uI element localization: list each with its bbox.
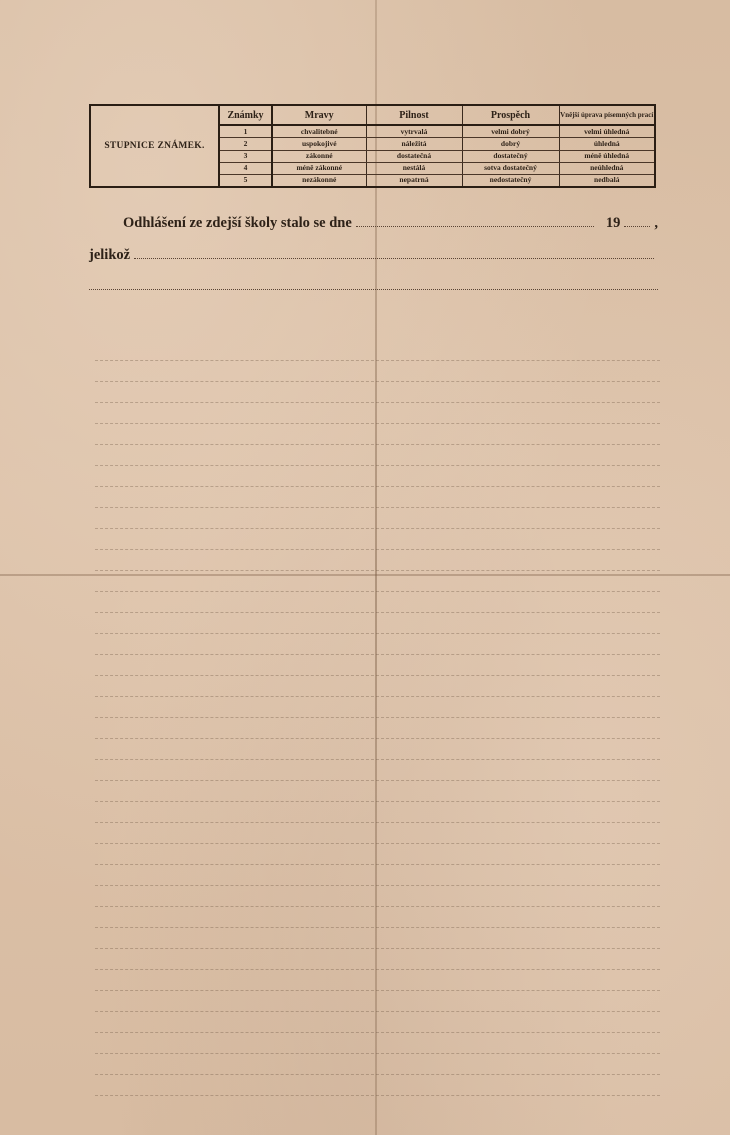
ruled-line: [95, 654, 660, 655]
grading-scale-table: STUPNICE ZNÁMEK. Známky Mravy Pilnost Pr…: [89, 104, 656, 188]
ruled-line: [95, 1011, 660, 1012]
ruled-line: [95, 1095, 660, 1096]
cell: 2: [220, 138, 272, 150]
ruled-line: [95, 570, 660, 571]
ruled-line: [95, 885, 660, 886]
cell: sotva dostatečný: [462, 162, 559, 174]
ruled-line: [95, 444, 660, 445]
ruled-line: [95, 864, 660, 865]
cell: dobrý: [462, 138, 559, 150]
deregistration-date-line: Odhlášení ze zdejší školy stalo se dne 1…: [123, 214, 658, 232]
reason-label: jelikož: [89, 247, 130, 264]
header-grade: Známky: [220, 106, 272, 125]
cell: nedostatečný: [462, 174, 559, 186]
cell: nezákonné: [272, 174, 366, 186]
cell: vytrvalá: [366, 125, 462, 138]
header-diligence: Pilnost: [366, 106, 462, 125]
cell: nestálá: [366, 162, 462, 174]
ruled-line: [95, 360, 660, 361]
ruled-line: [95, 759, 660, 760]
ruled-line: [95, 1032, 660, 1033]
ruled-line: [95, 381, 660, 382]
header-row: Známky Mravy Pilnost Prospěch Vnější úpr…: [220, 106, 654, 125]
ruled-line: [95, 423, 660, 424]
ruled-line: [95, 1053, 660, 1054]
cell: neúhledná: [559, 162, 654, 174]
table-row: 2 uspokojivé náležitá dobrý úhledná: [220, 138, 654, 150]
ruled-line: [95, 486, 660, 487]
ruled-line: [95, 990, 660, 991]
cell: velmi dobrý: [462, 125, 559, 138]
ruled-line: [95, 507, 660, 508]
ruled-line: [95, 738, 660, 739]
ruled-line: [95, 612, 660, 613]
cell: chvalitebné: [272, 125, 366, 138]
header-behavior: Mravy: [272, 106, 366, 125]
table-row: 1 chvalitebné vytrvalá velmi dobrý velmi…: [220, 125, 654, 138]
ruled-line: [95, 528, 660, 529]
cell: 4: [220, 162, 272, 174]
ruled-line: [95, 591, 660, 592]
ruled-line: [95, 843, 660, 844]
horizontal-fold-crease: [0, 574, 730, 576]
cell: méně úhledná: [559, 150, 654, 162]
cell: nepatrná: [366, 174, 462, 186]
ruled-line: [95, 927, 660, 928]
ruled-line: [95, 801, 660, 802]
date-fill-field[interactable]: [356, 214, 594, 227]
ruled-line: [95, 969, 660, 970]
year-prefix: 19: [606, 215, 621, 232]
cell: 3: [220, 150, 272, 162]
ruled-line: [95, 948, 660, 949]
grading-scale-grid: Známky Mravy Pilnost Prospěch Vnější úpr…: [220, 106, 654, 186]
ruled-line: [95, 822, 660, 823]
cell: velmi úhledná: [559, 125, 654, 138]
header-progress: Prospěch: [462, 106, 559, 125]
cell: 5: [220, 174, 272, 186]
reason-fill-field[interactable]: [134, 246, 654, 259]
ruled-line: [95, 717, 660, 718]
cell: nedbalá: [559, 174, 654, 186]
ruled-line: [95, 675, 660, 676]
reason-line: jelikož: [89, 246, 658, 264]
year-fill-field[interactable]: [624, 214, 650, 227]
comma: ,: [654, 215, 658, 232]
ruled-line: [95, 696, 660, 697]
ruled-line: [95, 780, 660, 781]
table-row: 5 nezákonné nepatrná nedostatečný nedbal…: [220, 174, 654, 186]
cell: úhledná: [559, 138, 654, 150]
cell: uspokojivé: [272, 138, 366, 150]
cell: dostatečný: [462, 150, 559, 162]
header-written-work: Vnější úprava písemných prací: [559, 106, 654, 125]
table-row: 4 méně zákonné nestálá sotva dostatečný …: [220, 162, 654, 174]
cell: 1: [220, 125, 272, 138]
table-row: 3 zákonné dostatečná dostatečný méně úhl…: [220, 150, 654, 162]
cell: dostatečná: [366, 150, 462, 162]
cell: méně zákonné: [272, 162, 366, 174]
ruled-line: [95, 465, 660, 466]
deregistration-sentence: Odhlášení ze zdejší školy stalo se dne: [123, 215, 352, 232]
cell: zákonné: [272, 150, 366, 162]
ruled-line: [95, 633, 660, 634]
ruled-line: [95, 402, 660, 403]
grading-scale-title: STUPNICE ZNÁMEK.: [91, 106, 220, 186]
ruled-line: [95, 906, 660, 907]
ruled-line: [95, 1074, 660, 1075]
reason-continuation-field[interactable]: [89, 289, 658, 290]
cell: náležitá: [366, 138, 462, 150]
ruled-line: [95, 549, 660, 550]
